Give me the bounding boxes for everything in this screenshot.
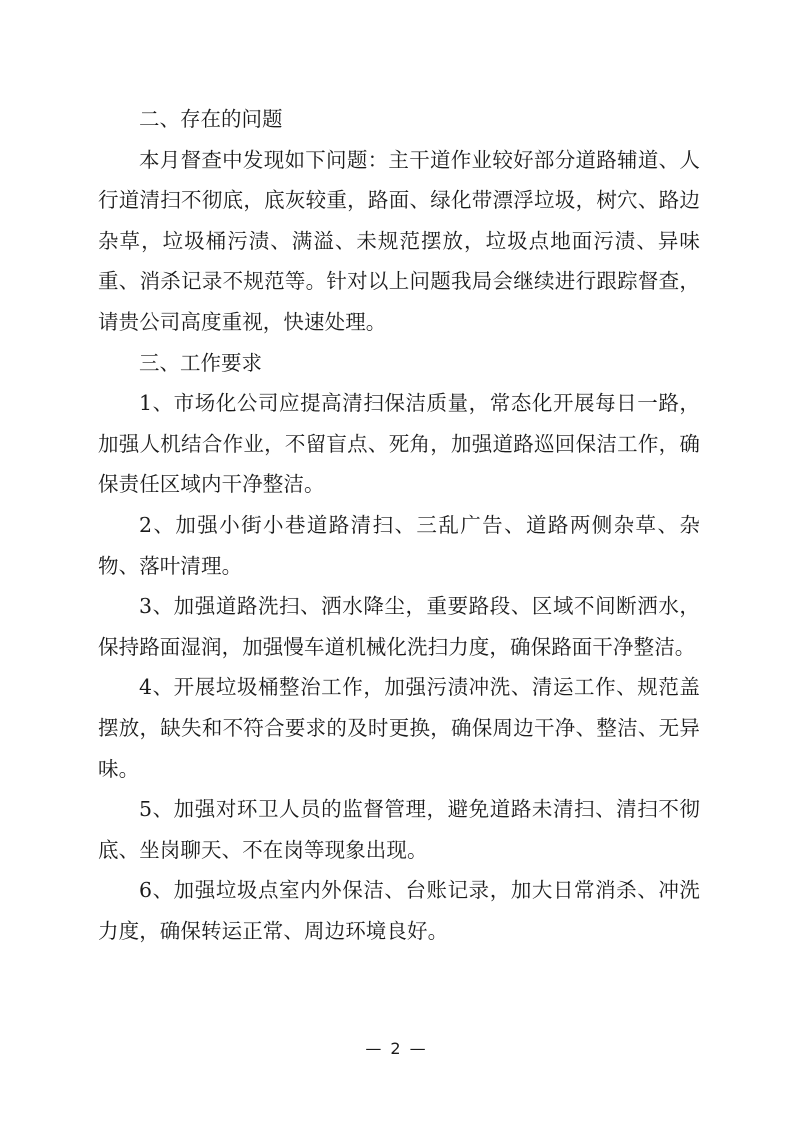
document-body: 二、存在的问题 本月督查中发现如下问题：主干道作业较好部分道路辅道、人行道清扫不… (98, 99, 700, 951)
section-heading-problems: 二、存在的问题 (98, 99, 700, 140)
requirement-item-3: 3、加强道路洗扫、洒水降尘，重要路段、区域不间断洒水，保持路面湿润，加强慢车道机… (98, 586, 700, 667)
page-number: — 2 — (0, 1039, 793, 1058)
requirement-item-6: 6、加强垃圾点室内外保洁、台账记录，加大日常消杀、冲洗力度，确保转运正常、周边环… (98, 870, 700, 951)
requirement-item-2: 2、加强小街小巷道路清扫、三乱广告、道路两侧杂草、杂物、落叶清理。 (98, 505, 700, 586)
problems-paragraph: 本月督查中发现如下问题：主干道作业较好部分道路辅道、人行道清扫不彻底，底灰较重，… (98, 140, 700, 343)
section-heading-requirements: 三、工作要求 (98, 343, 700, 384)
requirement-item-5: 5、加强对环卫人员的监督管理，避免道路未清扫、清扫不彻底、坐岗聊天、不在岗等现象… (98, 789, 700, 870)
document-page: 二、存在的问题 本月督查中发现如下问题：主干道作业较好部分道路辅道、人行道清扫不… (0, 0, 793, 1122)
requirement-item-4: 4、开展垃圾桶整治工作，加强污渍冲洗、清运工作、规范盖摆放，缺失和不符合要求的及… (98, 667, 700, 789)
requirement-item-1: 1、市场化公司应提高清扫保洁质量，常态化开展每日一路，加强人机结合作业，不留盲点… (98, 383, 700, 505)
